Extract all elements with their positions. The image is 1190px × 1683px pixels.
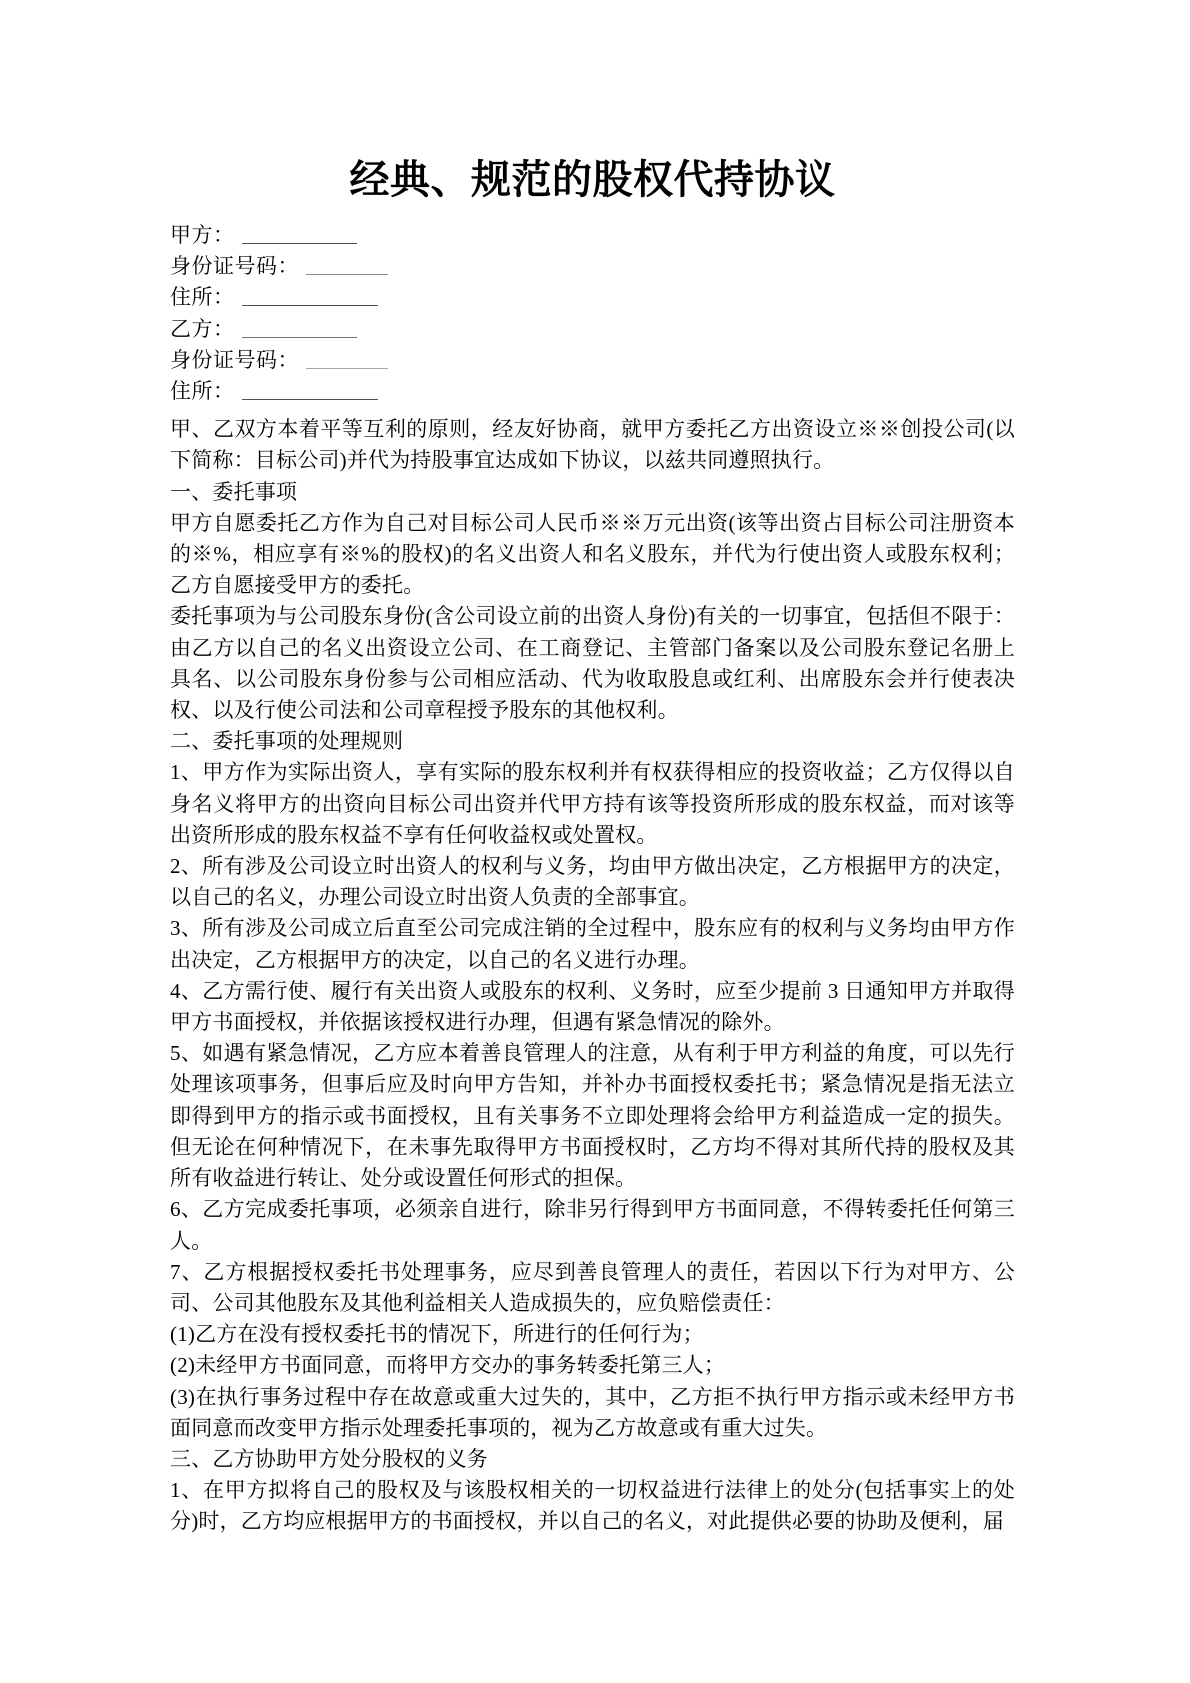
body-paragraph: (1)乙方在没有授权委托书的情况下，所进行的任何行为； xyxy=(170,1319,1015,1350)
blank-underline xyxy=(242,379,378,400)
field-label: 身份证号码： xyxy=(170,348,299,372)
body-paragraph: (3)在执行事务过程中存在故意或重大过失的，其中，乙方拒不执行甲方指示或未经甲方… xyxy=(170,1382,1015,1444)
party-field-row: 住所： xyxy=(170,376,1015,407)
body-paragraph: 委托事项为与公司股东身份(含公司设立前的出资人身份)有关的一切事宜，包括但不限于… xyxy=(170,601,1015,726)
field-label: 住所： xyxy=(170,379,235,403)
party-field-row: 住所： xyxy=(170,282,1015,313)
party-field-row: 乙方： xyxy=(170,314,1015,345)
body-paragraph: 2、所有涉及公司设立时出资人的权利与义务，均由甲方做出决定，乙方根据甲方的决定，… xyxy=(170,851,1015,913)
blank-underline xyxy=(306,348,388,369)
field-label: 乙方： xyxy=(170,317,235,341)
body-paragraph: 7、乙方根据授权委托书处理事务，应尽到善良管理人的责任，若因以下行为对甲方、公司… xyxy=(170,1257,1015,1319)
section-heading: 三、乙方协助甲方处分股权的义务 xyxy=(170,1444,1015,1475)
party-info-section: 甲方：身份证号码：住所：乙方：身份证号码：住所： xyxy=(170,220,1015,407)
blank-underline xyxy=(242,285,378,306)
blank-underline xyxy=(242,223,357,244)
field-label: 甲方： xyxy=(170,223,235,247)
section-heading: 二、委托事项的处理规则 xyxy=(170,726,1015,757)
body-paragraph: (2)未经甲方书面同意，而将甲方交办的事务转委托第三人； xyxy=(170,1350,1015,1381)
body-paragraph: 1、甲方作为实际出资人，享有实际的股东权利并有权获得相应的投资收益；乙方仅得以自… xyxy=(170,757,1015,851)
body-paragraph: 3、所有涉及公司成立后直至公司完成注销的全过程中，股东应有的权利与义务均由甲方作… xyxy=(170,913,1015,975)
field-label: 身份证号码： xyxy=(170,254,299,278)
contract-body: 甲、乙双方本着平等互利的原则，经友好协商，就甲方委托乙方出资设立※※创投公司(以… xyxy=(170,414,1015,1537)
body-paragraph: 甲方自愿委托乙方作为自己对目标公司人民币※※万元出资(该等出资占目标公司注册资本… xyxy=(170,508,1015,602)
body-paragraph: 6、乙方完成委托事项，必须亲自进行，除非另行得到甲方书面同意，不得转委托任何第三… xyxy=(170,1194,1015,1256)
party-field-row: 身份证号码： xyxy=(170,345,1015,376)
section-heading: 一、委托事项 xyxy=(170,477,1015,508)
body-paragraph: 1、在甲方拟将自己的股权及与该股权相关的一切权益进行法律上的处分(包括事实上的处… xyxy=(170,1475,1015,1537)
body-paragraph: 甲、乙双方本着平等互利的原则，经友好协商，就甲方委托乙方出资设立※※创投公司(以… xyxy=(170,414,1015,476)
party-field-row: 身份证号码： xyxy=(170,251,1015,282)
contract-page: 经典、规范的股权代持协议 甲方：身份证号码：住所：乙方：身份证号码：住所： 甲、… xyxy=(0,0,1190,1683)
blank-underline xyxy=(306,254,388,275)
blank-underline xyxy=(242,317,357,338)
party-field-row: 甲方： xyxy=(170,220,1015,251)
field-label: 住所： xyxy=(170,285,235,309)
body-paragraph: 4、乙方需行使、履行有关出资人或股东的权利、义务时，应至少提前 3 日通知甲方并… xyxy=(170,976,1015,1038)
body-paragraph: 5、如遇有紧急情况，乙方应本着善良管理人的注意，从有利于甲方利益的角度，可以先行… xyxy=(170,1038,1015,1194)
document-title: 经典、规范的股权代持协议 xyxy=(170,150,1015,210)
